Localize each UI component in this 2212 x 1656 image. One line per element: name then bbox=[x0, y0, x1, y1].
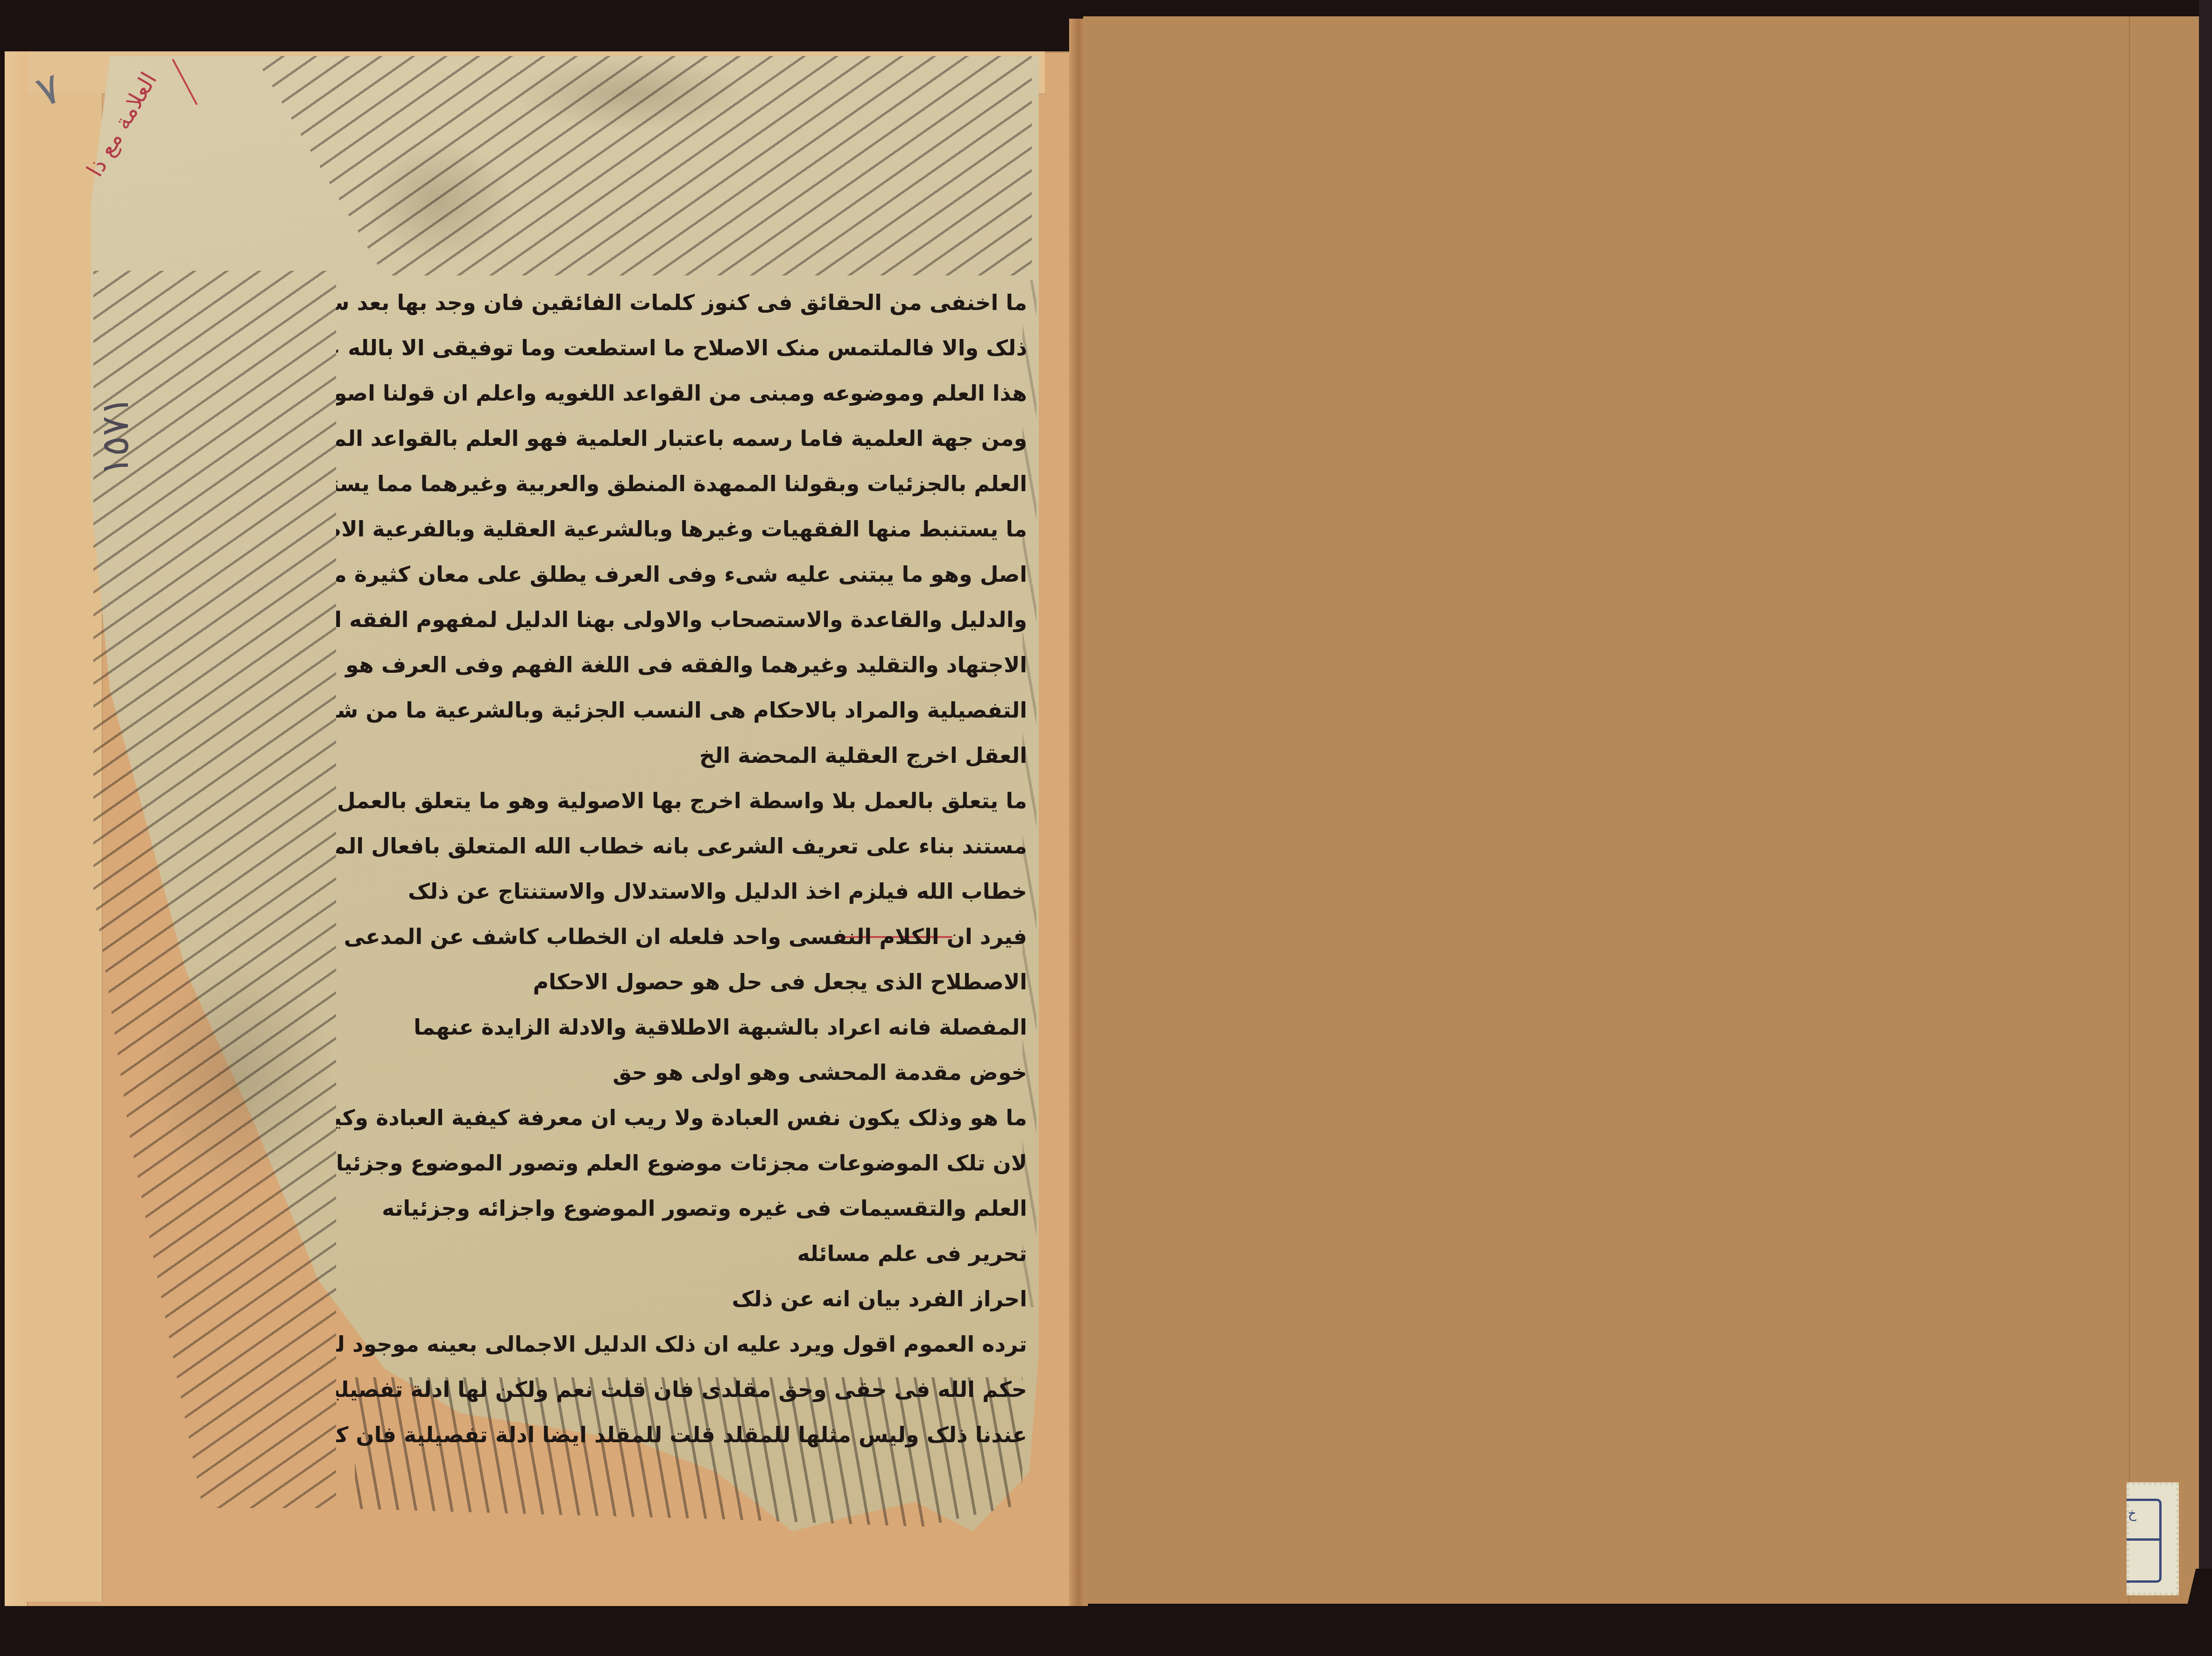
text-line: التفصیلیة والمراد بالاحکام هی النسب الجز… bbox=[336, 688, 1027, 733]
scan-background-bottom bbox=[0, 1606, 2212, 1656]
text-line: مستند بناء علی تعریف الشرعی بانه خطاب ال… bbox=[336, 824, 1027, 869]
text-line: ما هو وذلک یکون نفس العبادة ولا ریب ان م… bbox=[336, 1095, 1027, 1141]
right-page-fold-line bbox=[2129, 16, 2130, 1604]
text-line: ما اخنفی من الحقائق فی کنوز کلمات الفائق… bbox=[336, 280, 1027, 325]
text-line: فیرد ان الکلام النفسی واحد فلعله ان الخط… bbox=[336, 914, 1027, 959]
text-line: عندنا ذلک ولیس مثلها للمقلد قلت للمقلد ا… bbox=[336, 1412, 1027, 1458]
text-line: ذلک والا فالملتمس منک الاصلاح ما استطعت … bbox=[336, 325, 1027, 371]
main-text-block: ما اخنفی من الحقائق فی کنوز کلمات الفائق… bbox=[336, 280, 1027, 1458]
left-page-edge-strip bbox=[5, 51, 28, 1606]
text-line: العلم بالجزئیات وبقولنا الممهدة المنطق و… bbox=[336, 461, 1027, 507]
library-label-divider bbox=[2127, 1538, 2161, 1541]
text-line: والدلیل والقاعدة والاستصحاب والاولی بهنا… bbox=[336, 597, 1027, 642]
text-line: حکم الله فی حقی وحق مقلدی فان قلت نعم ول… bbox=[336, 1367, 1027, 1412]
text-line: ما یتعلق بالعمل بلا واسطة اخرج بها الاصو… bbox=[336, 778, 1027, 824]
right-cover-edge bbox=[2199, 0, 2212, 1656]
text-line: هذا العلم وموضوعه ومبنی من القواعد اللغو… bbox=[336, 371, 1027, 416]
text-line: ما یستنبط منها الفقهیات وغیرها وبالشرعیة… bbox=[336, 507, 1027, 552]
right-page-board bbox=[1083, 16, 2199, 1604]
text-line: خوض مقدمة المحشی وهو اولی هو حق bbox=[336, 1050, 1027, 1095]
text-line: الاصطلاح الذی یجعل فی حل هو حصول الاحکام bbox=[336, 959, 1027, 1005]
text-line: العقل اخرج العقلیة المحضة الخ bbox=[336, 733, 1027, 778]
library-label-text: خ bbox=[2128, 1506, 2136, 1521]
text-line: لان تلک الموضوعات مجزئات موضوع العلم وتص… bbox=[336, 1141, 1027, 1186]
text-line: العلم والتقسیمات فی غیره وتصور الموضوع و… bbox=[336, 1186, 1027, 1231]
text-line: تحریر فی علم مسائله bbox=[336, 1231, 1027, 1276]
text-line: ومن جهة العلمیة فاما رسمه باعتبار العلمی… bbox=[336, 416, 1027, 461]
text-line: خطاب الله فیلزم اخذ الدلیل والاستدلال وا… bbox=[336, 869, 1027, 914]
text-line: احراز الفرد بیان انه عن ذلک bbox=[336, 1276, 1027, 1322]
scan-background bbox=[0, 0, 2212, 19]
text-line: الاجتهاد والتقلید وغیرهما والفقه فی اللغ… bbox=[336, 642, 1027, 688]
shelf-number: ١٥٧١ bbox=[93, 396, 137, 476]
text-line: اصل وهو ما یبتنی علیه شیء وفی العرف یطلق… bbox=[336, 552, 1027, 597]
text-line: المفصلة فانه اعراد بالشبهة الاطلاقیة وال… bbox=[336, 1005, 1027, 1050]
text-line: ترده العموم اقول ویرد علیه ان ذلک الدلیل… bbox=[336, 1322, 1027, 1367]
